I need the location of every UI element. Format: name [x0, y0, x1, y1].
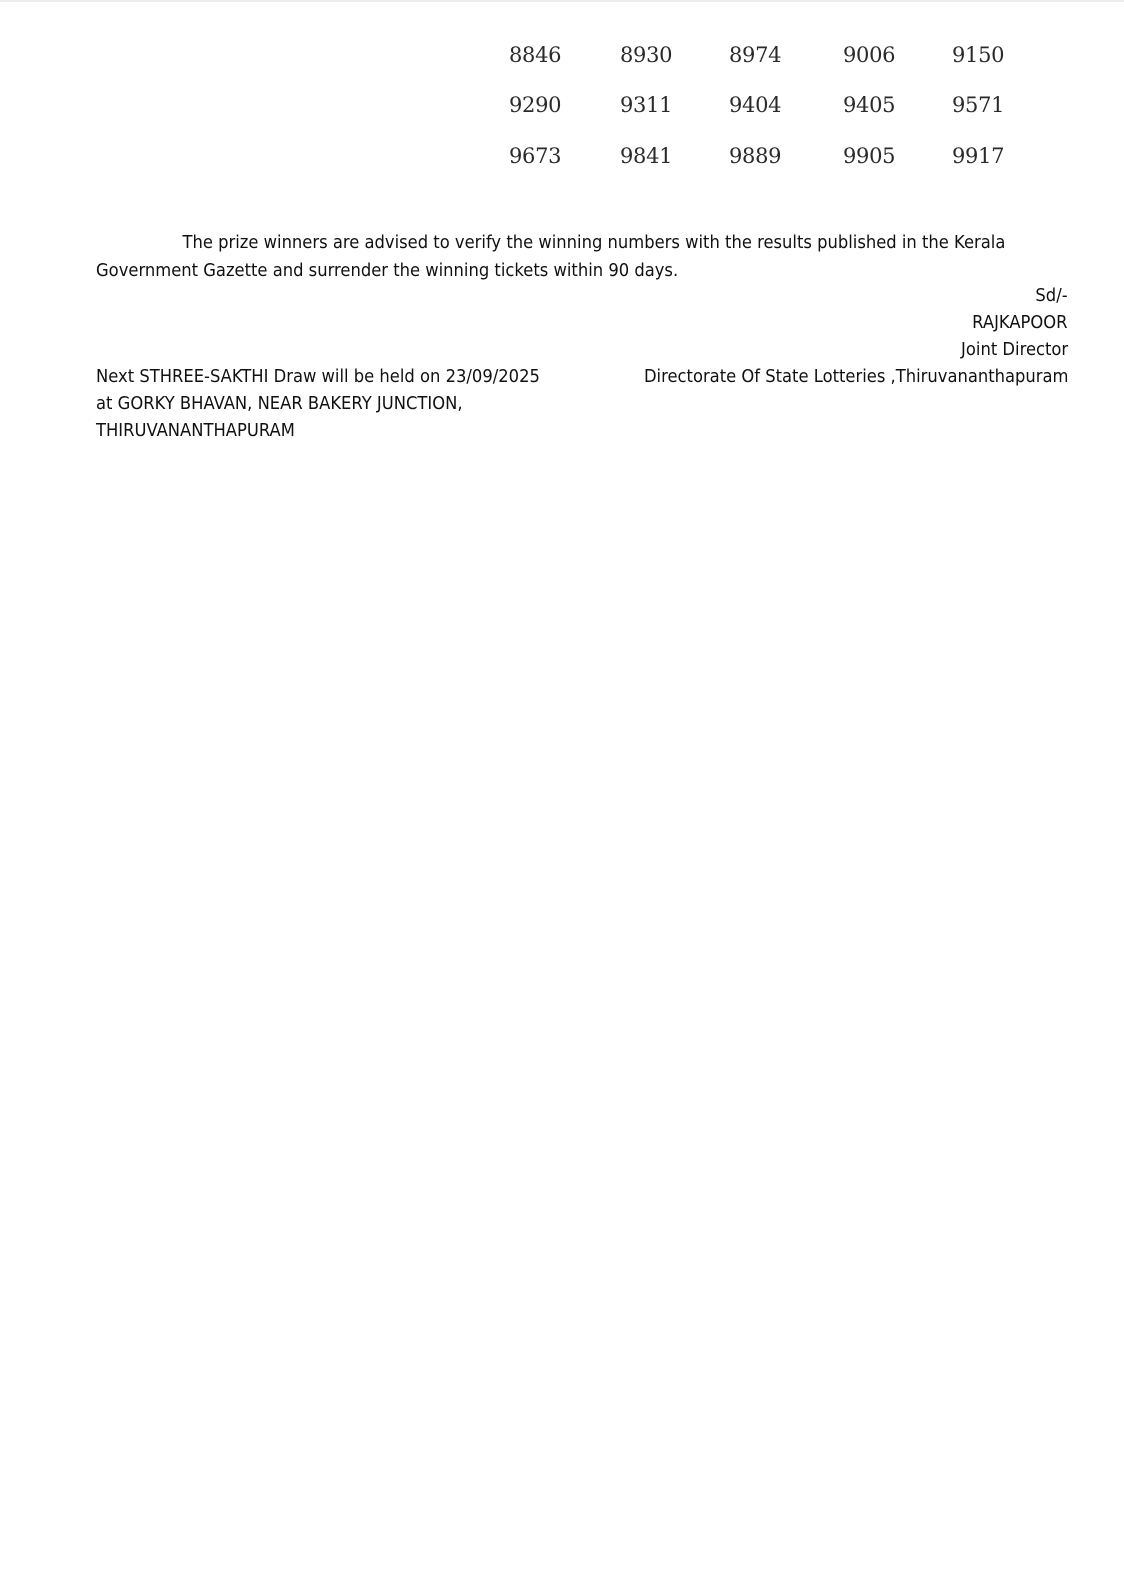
winning-number: 9905: [843, 146, 895, 167]
winning-number: 9841: [620, 146, 672, 167]
winning-number: 9150: [952, 45, 1004, 66]
signature-sd: Sd/-: [1036, 288, 1068, 306]
winning-number: 9404: [729, 95, 781, 116]
winning-number: 9673: [509, 146, 561, 167]
page-top-edge: [0, 0, 1124, 2]
signatory-office: Directorate Of State Lotteries ,Thiruvan…: [643, 369, 1068, 387]
notice-line-2: Government Gazette and surrender the win…: [96, 258, 1017, 286]
winning-number: 8974: [729, 45, 781, 66]
winning-number: 9571: [952, 95, 1004, 116]
winning-number: 8846: [509, 45, 561, 66]
next-draw-venue: at GORKY BHAVAN, NEAR BAKERY JUNCTION,: [96, 396, 463, 414]
signatory-designation: Joint Director: [961, 342, 1068, 360]
winners-notice: The prize winners are advised to verify …: [96, 230, 1017, 285]
winning-number: 9311: [620, 95, 672, 116]
next-draw-city: THIRUVANANTHAPURAM: [96, 423, 295, 441]
winning-number: 9917: [952, 146, 1004, 167]
winning-number: 9889: [729, 146, 781, 167]
signatory-name: RAJKAPOOR: [973, 315, 1068, 333]
winning-number: 9405: [843, 95, 895, 116]
notice-line-1: The prize winners are advised to verify …: [96, 230, 1017, 258]
next-draw-line-1: Next STHREE-SAKTHI Draw will be held on …: [96, 369, 540, 387]
winning-number: 8930: [620, 45, 672, 66]
winning-number: 9290: [509, 95, 561, 116]
winning-number: 9006: [843, 45, 895, 66]
